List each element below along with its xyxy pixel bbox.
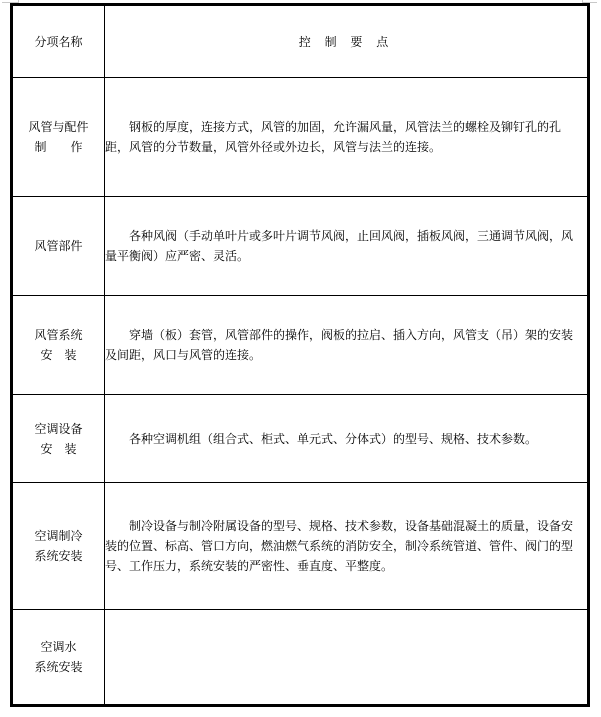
header-item-name: 分项名称: [12, 5, 105, 78]
item-name-line: 风管系统: [13, 325, 104, 345]
header-item-name-label: 分项名称: [13, 32, 104, 52]
row-control-points: 各种风阀（手动单叶片或多叶片调节风阀，止回风阀，插板风阀，三通调节风阀，风量平衡…: [105, 197, 589, 296]
item-name-line: 系统安装: [13, 657, 104, 677]
row-control-points: [105, 610, 589, 706]
item-name-line: 空调水: [13, 637, 104, 657]
row-control-points: 钢板的厚度，连接方式，风管的加固，允许漏风量，风管法兰的螺栓及铆钉孔的孔距，风管…: [105, 78, 589, 197]
row-item-name: 风管部件: [12, 197, 105, 296]
row-item-name: 空调设备 安 装: [12, 395, 105, 483]
item-name-line: 风管与配件: [13, 117, 104, 137]
table-row: 风管系统 安 装 穿墙（板）套管，风管部件的操作，阀板的拉启、插入方向，风管支（…: [12, 296, 589, 395]
table-row: 风管与配件 制 作 钢板的厚度，连接方式，风管的加固，允许漏风量，风管法兰的螺栓…: [12, 78, 589, 197]
item-name-line: 安 装: [13, 345, 104, 365]
item-name-line: 风管部件: [13, 236, 104, 256]
control-points-text: 制冷设备与制冷附属设备的型号、规格、技术参数，设备基础混凝土的质量，设备安装的位…: [105, 516, 583, 576]
control-points-text: 各种空调机组（组合式、柜式、单元式、分体式）的型号、规格、技术参数。: [105, 429, 583, 449]
control-points-table: 分项名称 控 制 要 点 风管与配件 制 作 钢板的厚度，连接方式，风管的加固，…: [10, 3, 590, 707]
row-control-points: 各种空调机组（组合式、柜式、单元式、分体式）的型号、规格、技术参数。: [105, 395, 589, 483]
header-control-points: 控 制 要 点: [105, 5, 589, 78]
row-item-name: 风管系统 安 装: [12, 296, 105, 395]
control-points-text: 穿墙（板）套管，风管部件的操作，阀板的拉启、插入方向，风管支（吊）架的安装及间距…: [105, 325, 583, 365]
row-control-points: 穿墙（板）套管，风管部件的操作，阀板的拉启、插入方向，风管支（吊）架的安装及间距…: [105, 296, 589, 395]
header-control-points-label: 控 制 要 点: [299, 35, 393, 49]
item-name-line: 安 装: [13, 439, 104, 459]
item-name-line: 空调设备: [13, 419, 104, 439]
table-row: 空调水 系统安装: [12, 610, 589, 706]
table-row: 空调设备 安 装 各种空调机组（组合式、柜式、单元式、分体式）的型号、规格、技术…: [12, 395, 589, 483]
row-control-points: 制冷设备与制冷附属设备的型号、规格、技术参数，设备基础混凝土的质量，设备安装的位…: [105, 483, 589, 610]
control-points-text: 钢板的厚度，连接方式，风管的加固，允许漏风量，风管法兰的螺栓及铆钉孔的孔距，风管…: [105, 117, 583, 157]
row-item-name: 空调制冷 系统安装: [12, 483, 105, 610]
control-points-text: 各种风阀（手动单叶片或多叶片调节风阀，止回风阀，插板风阀，三通调节风阀，风量平衡…: [105, 226, 583, 266]
table-row: 空调制冷 系统安装 制冷设备与制冷附属设备的型号、规格、技术参数，设备基础混凝土…: [12, 483, 589, 610]
row-item-name: 风管与配件 制 作: [12, 78, 105, 197]
item-name-line: 空调制冷: [13, 526, 104, 546]
item-name-line: 系统安装: [13, 546, 104, 566]
row-item-name: 空调水 系统安装: [12, 610, 105, 706]
item-name-line: 制 作: [13, 137, 104, 157]
table-header-row: 分项名称 控 制 要 点: [12, 5, 589, 78]
table-row: 风管部件 各种风阀（手动单叶片或多叶片调节风阀，止回风阀，插板风阀，三通调节风阀…: [12, 197, 589, 296]
